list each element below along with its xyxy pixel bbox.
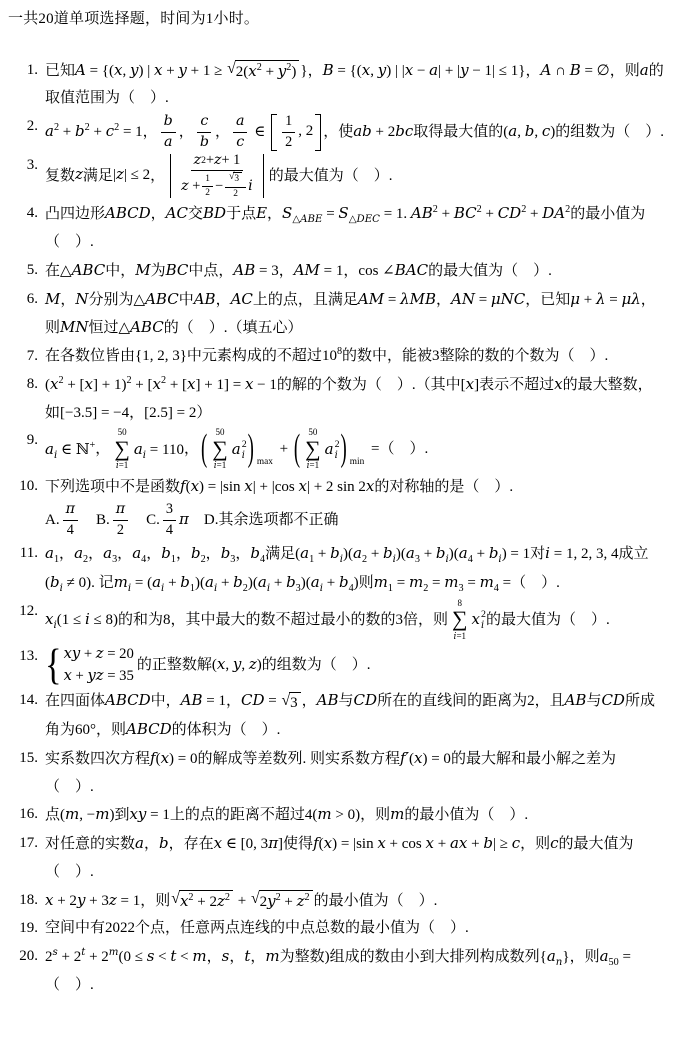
problem-content: {xy + z = 20x + yz = 35的正整数解(x, y, z)的组数…: [45, 643, 664, 688]
problem-3: 3.复数z满足|z| ≤ 2，z2 + z + 1z + 12 − √32i的最…: [8, 152, 664, 201]
problem-number: 17.: [8, 830, 38, 887]
problem-number: 4.: [8, 200, 38, 257]
problem-11: 11.a1，a2，a3，a4，b1，b2，b3，b4满足(a1 + bi)(a2…: [8, 540, 664, 598]
exam-instructions: 一共20道单项选择题，时间为1小时。: [8, 8, 664, 31]
problem-19: 19.空间中有2022个点，任意两点连线的中点总数的最小值为（ ）.: [8, 915, 664, 943]
problem-content: 2s + 2t + 2m(0 ≤ s < t < m，s，t，m为整数)组成的数…: [45, 943, 664, 1000]
problem-18: 18.x + 2y + 3z = 1，则√x2 + 2z2 + √2y2 + z…: [8, 887, 664, 916]
problem-8: 8.(x2 + [x] + 1)2 + [x2 + [x] + 1] = x −…: [8, 371, 664, 428]
problem-number: 16.: [8, 801, 38, 830]
problem-9: 9.ai ∈ ℕ+，50∑i=1ai = 110，(50∑i=1a2i)max …: [8, 427, 664, 472]
problem-content: a2 + b2 + c2 = 1，ba，cb，ac ∈ 12, 2，使ab + …: [45, 113, 664, 152]
problem-content: x + 2y + 3z = 1，则√x2 + 2z2 + √2y2 + z2的最…: [45, 887, 664, 916]
problem-10: 10.下列选项中不是函数f(x) = |sin x| + |cos x| + 2…: [8, 473, 664, 540]
problem-number: 11.: [8, 540, 38, 598]
problem-content: M，N分别为△ABC中AB，AC上的点，且满足AM = λMB，AN = μNC…: [45, 286, 664, 344]
problem-number: 5.: [8, 257, 38, 286]
problem-content: a1，a2，a3，a4，b1，b2，b3，b4满足(a1 + bi)(a2 + …: [45, 540, 664, 598]
problem-12: 12.xi(1 ≤ i ≤ 8)的和为8，其中最大的数不超过最小的数的3倍，则8…: [8, 598, 664, 643]
problem-7: 7.在各数位皆由{1, 2, 3}中元素构成的不超过108的数中，能被3整除的数…: [8, 343, 664, 371]
problem-content: 实系数四次方程f(x) = 0的解成等差数列. 则实系数方程f′(x) = 0的…: [45, 745, 664, 802]
problem-number: 9.: [8, 427, 38, 472]
problem-number: 18.: [8, 887, 38, 916]
problem-number: 19.: [8, 915, 38, 943]
problem-content: 下列选项中不是函数f(x) = |sin x| + |cos x| + 2 si…: [45, 473, 664, 540]
problem-number: 13.: [8, 643, 38, 688]
problem-13: 13.{xy + z = 20x + yz = 35的正整数解(x, y, z)…: [8, 643, 664, 688]
problem-content: 在四面体ABCD中，AB = 1，CD = √3，AB与CD所在的直线间的距离为…: [45, 687, 664, 745]
problem-number: 2.: [8, 113, 38, 152]
problem-20: 20.2s + 2t + 2m(0 ≤ s < t < m，s，t，m为整数)组…: [8, 943, 664, 1000]
problem-15: 15.实系数四次方程f(x) = 0的解成等差数列. 则实系数方程f′(x) =…: [8, 745, 664, 802]
problem-16: 16.点(m, −m)到xy = 1上的点的距离不超过4(m > 0)，则m的最…: [8, 801, 664, 830]
problem-17: 17.对任意的实数a，b，存在x ∈ [0, 3π]使得f(x) = |sin …: [8, 830, 664, 887]
exam-document: 一共20道单项选择题，时间为1小时。 1.已知A = {(x, y) | x +…: [0, 0, 674, 1006]
problem-1: 1.已知A = {(x, y) | x + y + 1 ≥ √2(x2 + y2…: [8, 57, 664, 114]
problem-number: 10.: [8, 473, 38, 540]
problem-6: 6.M，N分别为△ABC中AB，AC上的点，且满足AM = λMB，AN = μ…: [8, 286, 664, 344]
problem-content: 凸四边形ABCD，AC交BD于点E，S△ABE = S△DEC = 1. AB2…: [45, 200, 664, 257]
problem-content: 点(m, −m)到xy = 1上的点的距离不超过4(m > 0)，则m的最小值为…: [45, 801, 664, 830]
problem-content: 在各数位皆由{1, 2, 3}中元素构成的不超过108的数中，能被3整除的数的个…: [45, 343, 664, 371]
problem-number: 1.: [8, 57, 38, 114]
problem-14: 14.在四面体ABCD中，AB = 1，CD = √3，AB与CD所在的直线间的…: [8, 687, 664, 745]
problem-number: 20.: [8, 943, 38, 1000]
problem-content: xi(1 ≤ i ≤ 8)的和为8，其中最大的数不超过最小的数的3倍，则8∑i=…: [45, 598, 664, 643]
problem-number: 14.: [8, 687, 38, 745]
problem-list: 1.已知A = {(x, y) | x + y + 1 ≥ √2(x2 + y2…: [8, 57, 664, 1000]
problem-content: 对任意的实数a，b，存在x ∈ [0, 3π]使得f(x) = |sin x +…: [45, 830, 664, 887]
problem-content: (x2 + [x] + 1)2 + [x2 + [x] + 1] = x − 1…: [45, 371, 664, 428]
problem-content: 空间中有2022个点，任意两点连线的中点总数的最小值为（ ）.: [45, 915, 664, 943]
problem-content: 已知A = {(x, y) | x + y + 1 ≥ √2(x2 + y2)}…: [45, 57, 664, 114]
problem-content: 复数z满足|z| ≤ 2，z2 + z + 1z + 12 − √32i的最大值…: [45, 152, 664, 201]
problem-4: 4.凸四边形ABCD，AC交BD于点E，S△ABE = S△DEC = 1. A…: [8, 200, 664, 257]
problem-number: 8.: [8, 371, 38, 428]
problem-5: 5.在△ABC中，M为BC中点，AB = 3，AM = 1，cos ∠BAC的最…: [8, 257, 664, 286]
problem-2: 2.a2 + b2 + c2 = 1，ba，cb，ac ∈ 12, 2，使ab …: [8, 113, 664, 152]
problem-number: 3.: [8, 152, 38, 201]
problem-number: 12.: [8, 598, 38, 643]
problem-number: 15.: [8, 745, 38, 802]
problem-number: 6.: [8, 286, 38, 344]
problem-number: 7.: [8, 343, 38, 371]
problem-content: 在△ABC中，M为BC中点，AB = 3，AM = 1，cos ∠BAC的最大值…: [45, 257, 664, 286]
problem-content: ai ∈ ℕ+，50∑i=1ai = 110，(50∑i=1a2i)max + …: [45, 427, 664, 472]
